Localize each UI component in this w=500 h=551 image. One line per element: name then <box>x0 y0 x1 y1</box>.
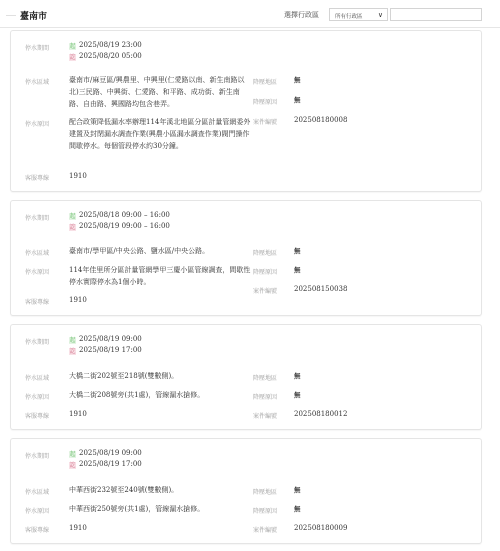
pressure-reason-label: 降壓原因 <box>253 506 277 515</box>
outage-card: 停水期間 起2025/08/19 09:00 訖2025/08/19 17:00… <box>10 324 482 430</box>
hotline-value: 1910 <box>69 522 87 534</box>
pressure-area-label: 降壓地區 <box>253 77 277 86</box>
end-badge: 訖 <box>69 224 76 231</box>
hotline-label: 客服專線 <box>25 173 49 182</box>
area-label: 停水區域 <box>25 77 49 86</box>
reason-label: 停水原因 <box>25 392 49 401</box>
period-value: 起2025/08/19 09:00 訖2025/08/19 17:00 <box>69 448 142 470</box>
start-badge: 起 <box>69 43 76 50</box>
area-value: 臺南市/麻豆區/興農里、中興里(仁愛路以南、新生南路以北)三民路、中興街、仁愛路… <box>69 74 251 110</box>
reason-label: 停水原因 <box>25 119 49 128</box>
area-value: 大橋二街202號至218號(雙數側)。 <box>69 370 251 382</box>
page-header: 臺南市 選擇行政區 所有行政區 ∨ <box>0 0 500 28</box>
pressure-reason-value: 無 <box>294 264 301 276</box>
district-filter-label: 選擇行政區 <box>284 10 319 20</box>
pressure-area-value: 無 <box>294 484 301 496</box>
case-no-label: 案件編號 <box>253 117 277 126</box>
outage-card: 停水期間 起2025/08/19 23:00 訖2025/08/20 05:00… <box>10 30 482 192</box>
reason-value: 114年佳里所分區計量管網學甲三慶小區管線調查，間歇性停水實際停水為1個小時。 <box>69 264 251 288</box>
case-no-value: 202508150038 <box>294 283 347 295</box>
period-label: 停水期間 <box>25 213 49 222</box>
start-badge: 起 <box>69 451 76 458</box>
district-select[interactable]: 所有行政區 ∨ <box>329 8 388 21</box>
end-time: 2025/08/19 17:00 <box>79 460 142 468</box>
end-time: 2025/08/19 09:00 – 16:00 <box>79 222 170 230</box>
reason-label: 停水原因 <box>25 267 49 276</box>
reason-value: 中華西街250號旁(共1處)，管線漏水搶修。 <box>69 503 251 515</box>
hotline-label: 客服專線 <box>25 411 49 420</box>
district-select-value: 所有行政區 <box>335 14 363 20</box>
outage-card: 停水期間 起2025/08/18 09:00 – 16:00 訖2025/08/… <box>10 200 482 316</box>
end-time: 2025/08/20 05:00 <box>79 52 142 60</box>
period-label: 停水期間 <box>25 43 49 52</box>
start-badge: 起 <box>69 337 76 344</box>
pressure-area-label: 降壓地區 <box>253 487 277 496</box>
pressure-area-label: 降壓地區 <box>253 248 277 257</box>
outage-card: 停水期間 起2025/08/19 09:00 訖2025/08/19 17:00… <box>10 438 482 544</box>
chevron-down-icon: ∨ <box>378 11 383 19</box>
pressure-reason-value: 無 <box>294 94 301 106</box>
reason-value: 配合政策降低漏水率辦理114年溪北地區分區計量管網委外建置及封閉漏水調查作業(興… <box>69 116 251 152</box>
hotline-label: 客服專線 <box>25 525 49 534</box>
pressure-area-label: 降壓地區 <box>253 373 277 382</box>
hotline-value: 1910 <box>69 294 87 306</box>
start-time: 2025/08/19 09:00 <box>79 449 142 457</box>
case-no-label: 案件編號 <box>253 411 277 420</box>
end-time: 2025/08/19 17:00 <box>79 346 142 354</box>
pressure-reason-value: 無 <box>294 389 301 401</box>
pressure-area-value: 無 <box>294 74 301 86</box>
pressure-area-value: 無 <box>294 370 301 382</box>
pressure-area-value: 無 <box>294 245 301 257</box>
end-badge: 訖 <box>69 348 76 355</box>
area-label: 停水區域 <box>25 248 49 257</box>
hotline-value: 1910 <box>69 170 87 182</box>
pressure-reason-label: 降壓原因 <box>253 97 277 106</box>
city-title: 臺南市 <box>20 9 47 22</box>
area-value: 臺南市/學甲區/中央公路、鹽水區/中央公路。 <box>69 245 251 257</box>
pressure-reason-value: 無 <box>294 503 301 515</box>
end-badge: 訖 <box>69 54 76 61</box>
case-no-label: 案件編號 <box>253 525 277 534</box>
period-value: 起2025/08/19 23:00 訖2025/08/20 05:00 <box>69 40 142 62</box>
area-label: 停水區域 <box>25 373 49 382</box>
case-no-value: 202508180009 <box>294 522 347 534</box>
pressure-reason-label: 降壓原因 <box>253 392 277 401</box>
area-value: 中華西街232號至240號(雙數側)。 <box>69 484 251 496</box>
period-value: 起2025/08/18 09:00 – 16:00 訖2025/08/19 09… <box>69 210 170 232</box>
start-time: 2025/08/19 23:00 <box>79 41 142 49</box>
start-time: 2025/08/19 09:00 <box>79 335 142 343</box>
area-label: 停水區域 <box>25 487 49 496</box>
hotline-label: 客服專線 <box>25 297 49 306</box>
case-no-value: 202508180008 <box>294 114 347 126</box>
case-no-label: 案件編號 <box>253 286 277 295</box>
period-label: 停水期間 <box>25 451 49 460</box>
reason-value: 大橋二街208號旁(共1處)，管線漏水搶修。 <box>69 389 251 401</box>
case-no-value: 202508180012 <box>294 408 347 420</box>
reason-label: 停水原因 <box>25 506 49 515</box>
search-input[interactable] <box>390 8 482 21</box>
start-time: 2025/08/18 09:00 – 16:00 <box>79 211 170 219</box>
end-badge: 訖 <box>69 462 76 469</box>
period-value: 起2025/08/19 09:00 訖2025/08/19 17:00 <box>69 334 142 356</box>
start-badge: 起 <box>69 213 76 220</box>
header-decoration <box>6 15 16 16</box>
hotline-value: 1910 <box>69 408 87 420</box>
period-label: 停水期間 <box>25 337 49 346</box>
pressure-reason-label: 降壓原因 <box>253 267 277 276</box>
